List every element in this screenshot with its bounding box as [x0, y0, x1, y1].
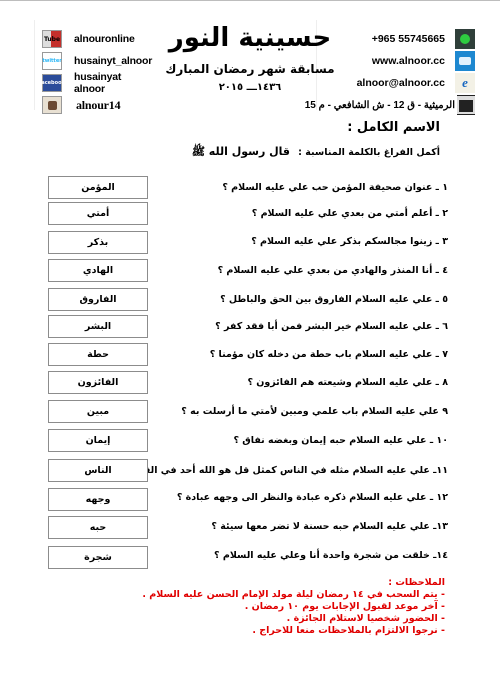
answer-box-6[interactable]: البشر: [48, 315, 148, 338]
question-2: ٢ ـ أعلم أمتي من بعدي علي عليه السلام ؟: [252, 208, 448, 219]
facebook-icon: facebook: [42, 74, 62, 92]
answer-box-4[interactable]: الهادي: [48, 259, 148, 282]
answer-box-3[interactable]: بذكر: [48, 231, 148, 254]
question-1: ١ ـ عنوان صحيفة المؤمن حب علي عليه السلا…: [222, 182, 448, 193]
social-facebook[interactable]: facebook husainyat alnoor: [42, 72, 142, 94]
social-label: husainyat alnoor: [74, 71, 142, 95]
contact-info: +965 55745665 www.alnoor.cc alnoor@alnoo…: [330, 28, 475, 116]
answer-box-13[interactable]: حبه: [48, 516, 148, 539]
contact-whatsapp: +965 55745665: [330, 28, 475, 50]
youtube-icon: Tube: [42, 30, 62, 48]
question-7: ٧ ـ علي عليه السلام باب حطة من دخله كان …: [210, 349, 448, 360]
instruction-text: أكمل الفراغ بالكلمة المناسبة :: [298, 147, 440, 158]
question-10: ١٠ ـ علي عليه السلام حبه إيمان وبغضه نفا…: [233, 435, 448, 446]
answer-box-8[interactable]: الفائزون: [48, 371, 148, 394]
page-date: ١٤٣٦ـــ ٢٠١٥: [165, 80, 335, 96]
social-youtube[interactable]: Tube alnouronline: [42, 28, 142, 50]
question-9: ٩ علي عليه السلام باب علمي ومبين لأمتي م…: [181, 406, 448, 417]
notes-section: الملاحظات : - يتم السحب في ١٤ رمضان ليلة…: [142, 577, 445, 637]
answer-box-12[interactable]: وجهه: [48, 488, 148, 511]
contact-label: +965 55745665: [372, 33, 445, 45]
question-8: ٨ ـ علي عليه السلام وشيعته هم الفائزون ؟: [247, 377, 448, 388]
contact-label: الرميثية - ق 12 - ش الشافعي - م 15: [305, 100, 455, 111]
title-block: حسينية النور مسابقة شهر رمضان المبارك ١٤…: [165, 20, 335, 96]
building-icon: [457, 95, 475, 115]
answer-box-5[interactable]: الفاروق: [48, 288, 148, 311]
social-twitter[interactable]: twitter husainyt_alnoor: [42, 50, 142, 72]
answer-box-1[interactable]: المؤمن: [48, 176, 148, 199]
social-label: husainyt_alnoor: [74, 55, 152, 67]
note-item: - الحضور شخصيا لاستلام الجائزة .: [142, 613, 445, 625]
social-instagram[interactable]: alnour14: [42, 94, 142, 116]
email-icon: [455, 51, 475, 71]
question-14: ١٤ـ خلقت من شجرة واحدة أنا وعلي عليه الس…: [214, 550, 448, 561]
whatsapp-icon: [455, 29, 475, 49]
header: Tube alnouronline twitter husainyt_alnoo…: [0, 0, 500, 110]
social-label: alnouronline: [74, 33, 135, 45]
instagram-icon: [42, 96, 62, 114]
contact-label: www.alnoor.cc: [372, 55, 445, 67]
question-4: ٤ ـ أنا المنذر والهادي من بعدي علي عليه …: [218, 265, 448, 276]
internet-explorer-icon: e: [455, 73, 475, 93]
contact-address: الرميثية - ق 12 - ش الشافعي - م 15: [330, 94, 475, 116]
page-title: حسينية النور: [165, 20, 335, 56]
answer-box-14[interactable]: شجرة: [48, 546, 148, 569]
twitter-icon: twitter: [42, 52, 62, 70]
contact-label: alnoor@alnoor.cc: [357, 77, 445, 89]
notes-title: الملاحظات :: [142, 577, 445, 589]
answer-box-7[interactable]: حطة: [48, 343, 148, 366]
contact-website[interactable]: www.alnoor.cc: [330, 50, 475, 72]
question-6: ٦ ـ علي عليه السلام خير البشر فمن أبا فق…: [215, 321, 448, 332]
hadith-intro: قال رسول الله ﷺ: [192, 145, 290, 161]
social-links: Tube alnouronline twitter husainyt_alnoo…: [42, 28, 142, 116]
note-item: - نرجوا الالتزام بالملاحظات منعا للاحراج…: [142, 625, 445, 637]
answer-box-11[interactable]: الناس: [48, 459, 148, 482]
note-item: - يتم السحب في ١٤ رمضان ليلة مولد الإمام…: [142, 589, 445, 601]
answer-box-2[interactable]: أمتي: [48, 202, 148, 225]
note-item: - آخر موعد لقبول الإجابات يوم ١٠ رمضان .: [142, 601, 445, 613]
question-11: ١١ـ علي عليه السلام مثله في الناس كمثل ق…: [118, 465, 448, 476]
question-12: ١٢ ـ علي عليه السلام ذكره عبادة والنظر ا…: [177, 492, 448, 503]
full-name-label: الاسم الكامل :: [347, 120, 440, 135]
page-subtitle: مسابقة شهر رمضان المبارك: [165, 60, 335, 78]
question-13: ١٣ـ علي عليه السلام حبه حسنة لا تضر معها…: [211, 521, 448, 532]
contact-email[interactable]: alnoor@alnoor.cc e: [330, 72, 475, 94]
social-label: alnour14: [76, 98, 120, 113]
divider: [34, 20, 35, 110]
question-3: ٣ ـ زينوا مجالسكم بذكر علي عليه السلام ؟: [251, 236, 448, 247]
answer-box-10[interactable]: إيمان: [48, 429, 148, 452]
answer-box-9[interactable]: مبين: [48, 400, 148, 423]
question-5: ٥ ـ علي عليه السلام الفاروق بين الحق وال…: [220, 294, 448, 305]
